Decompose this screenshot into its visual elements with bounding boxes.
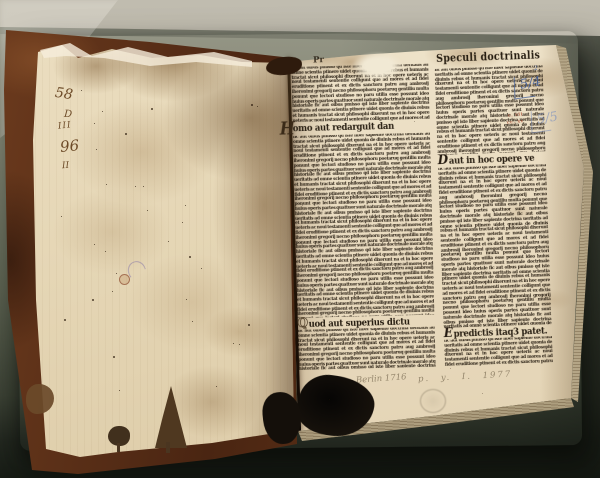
worm-hole	[94, 123, 95, 124]
worm-hole	[248, 324, 250, 326]
worm-hole	[147, 210, 148, 211]
worm-hole	[151, 108, 153, 110]
worm-hole	[106, 184, 107, 185]
worm-holes	[0, 0, 600, 478]
worm-hole	[482, 393, 483, 394]
worm-hole	[450, 368, 451, 369]
worm-hole	[81, 90, 82, 91]
worm-hole	[113, 356, 115, 358]
worm-hole	[496, 186, 497, 187]
worm-hole	[102, 111, 103, 112]
worm-hole	[186, 299, 187, 300]
worm-hole	[112, 291, 113, 292]
worm-hole	[233, 343, 234, 344]
worm-hole	[168, 241, 169, 242]
worm-hole	[61, 216, 62, 217]
worm-hole	[185, 205, 186, 206]
worm-hole	[116, 273, 117, 274]
worm-hole	[499, 234, 500, 235]
worm-hole	[357, 217, 358, 218]
worm-hole	[105, 251, 106, 252]
worm-hole	[143, 186, 144, 187]
worm-hole	[426, 196, 427, 197]
worm-hole	[371, 258, 372, 259]
worm-hole	[509, 160, 510, 161]
worm-hole	[366, 139, 367, 140]
worm-hole	[216, 386, 217, 387]
worm-hole	[189, 256, 191, 258]
worm-hole	[92, 299, 94, 301]
worm-hole	[94, 244, 95, 245]
worm-hole	[182, 222, 183, 223]
worm-hole	[239, 344, 240, 345]
worm-hole	[302, 205, 303, 206]
worm-hole	[125, 133, 127, 135]
photo-of-open-incunabulum: Pr fic aut oibus pmisso qd iste liber sa…	[0, 0, 600, 478]
worm-hole	[192, 321, 193, 322]
worm-hole	[257, 106, 258, 107]
worm-hole	[64, 319, 66, 321]
worm-hole	[135, 186, 136, 187]
worm-hole	[414, 121, 415, 122]
worm-hole	[96, 149, 97, 150]
worm-hole	[201, 268, 202, 269]
worm-hole	[119, 390, 120, 391]
worm-hole	[251, 104, 253, 106]
worm-hole	[329, 399, 330, 400]
